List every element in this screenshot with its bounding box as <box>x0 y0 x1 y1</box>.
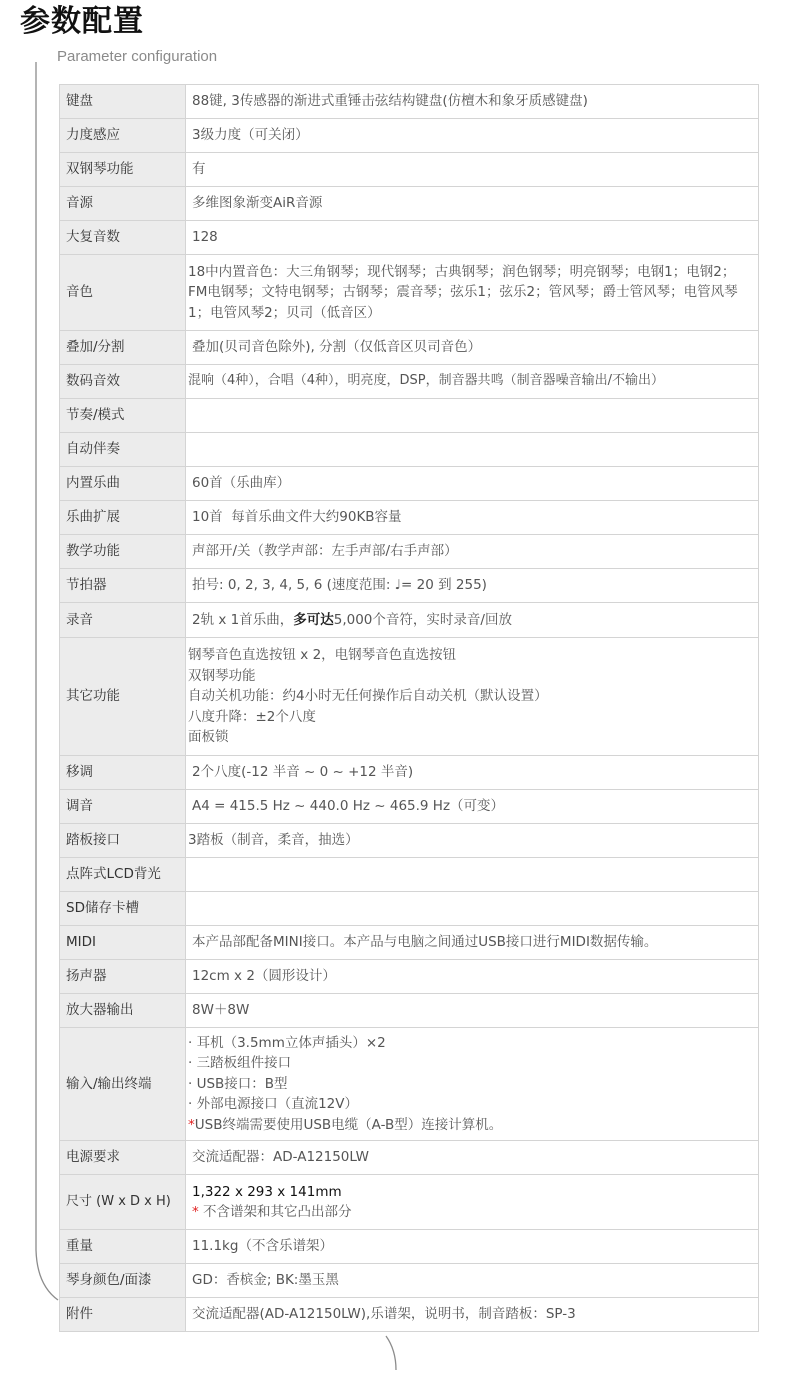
spec-row-speakers: 扬声器 12cm x 2（圆形设计） <box>60 960 759 994</box>
spec-value: 交流适配器：AD-A12150LW <box>186 1141 759 1175</box>
spec-label: 录音 <box>60 603 186 638</box>
spec-table: 键盘 88键, 3传感器的渐进式重锤击弦结构键盘(仿檀木和象牙质感键盘) 力度感… <box>59 84 759 1332</box>
spec-row-rhythm: 节奏/模式 <box>60 399 759 433</box>
spec-value: · 耳机（3.5mm立体声插头）×2 · 三踏板组件接口 · USB接口：B型 … <box>186 1028 759 1141</box>
spec-value <box>186 858 759 892</box>
spec-value: 128 <box>186 221 759 255</box>
spec-label: MIDI <box>60 926 186 960</box>
page-subtitle: Parameter configuration <box>57 47 217 67</box>
feature-line: 面板锁 <box>188 727 754 748</box>
spec-label: 大复音数 <box>60 221 186 255</box>
spec-label: 移调 <box>60 756 186 790</box>
spec-row-power: 电源要求 交流适配器：AD-A12150LW <box>60 1141 759 1175</box>
spec-label: 音色 <box>60 255 186 331</box>
spec-row-dual-piano: 双钢琴功能 有 <box>60 153 759 187</box>
spec-value: 交流适配器(AD-A12150LW),乐谱架，说明书，制音踏板：SP-3 <box>186 1298 759 1332</box>
io-line: · 耳机（3.5mm立体声插头）×2 <box>188 1033 754 1054</box>
spec-label: 扬声器 <box>60 960 186 994</box>
spec-value: 3踏板（制音，柔音，抽选） <box>186 824 759 858</box>
spec-row-transpose: 移调 2个八度(-12 半音 ~ 0 ~ +12 半音) <box>60 756 759 790</box>
spec-label: 踏板接口 <box>60 824 186 858</box>
spec-value: 10首 每首乐曲文件大约90KB容量 <box>186 501 759 535</box>
spec-value: 12cm x 2（圆形设计） <box>186 960 759 994</box>
spec-value: 钢琴音色直选按钮 x 2，电钢琴音色直选按钮 双钢琴功能 自动关机功能：约4小时… <box>186 638 759 756</box>
spec-row-midi: MIDI 本产品部配备MINI接口。本产品与电脑之间通过USB接口进行MIDI数… <box>60 926 759 960</box>
io-line: · USB接口：B型 <box>188 1074 754 1095</box>
recording-value-pre: 2轨 x 1首乐曲， <box>192 612 293 628</box>
spec-row-touch: 力度感应 3级力度（可关闭） <box>60 119 759 153</box>
spec-value: 88键, 3传感器的渐进式重锤击弦结构键盘(仿檀木和象牙质感键盘) <box>186 85 759 119</box>
spec-label: 数码音效 <box>60 365 186 399</box>
spec-row-other-features: 其它功能 钢琴音色直选按钮 x 2，电钢琴音色直选按钮 双钢琴功能 自动关机功能… <box>60 638 759 756</box>
spec-label: 节奏/模式 <box>60 399 186 433</box>
spec-value: GD：香槟金; BK:墨玉黑 <box>186 1264 759 1298</box>
spec-row-metronome: 节拍器 拍号: 0, 2, 3, 4, 5, 6 (速度范围: ♩= 20 到 … <box>60 569 759 603</box>
spec-label: 键盘 <box>60 85 186 119</box>
spec-label: 点阵式LCD背光 <box>60 858 186 892</box>
io-line: · 三踏板组件接口 <box>188 1053 754 1074</box>
feature-line: 钢琴音色直选按钮 x 2，电钢琴音色直选按钮 <box>188 645 754 666</box>
spec-row-pedal-jack: 踏板接口 3踏板（制音，柔音，抽选） <box>60 824 759 858</box>
spec-row-lcd: 点阵式LCD背光 <box>60 858 759 892</box>
feature-line: 双钢琴功能 <box>188 666 754 687</box>
spec-row-built-in-songs: 内置乐曲 60首（乐曲库） <box>60 467 759 501</box>
recording-value-bold: 多可达 <box>293 612 334 628</box>
spec-value: 18中内置音色：大三角钢琴；现代钢琴；古典钢琴；润色钢琴；明亮钢琴；电钢1；电钢… <box>186 255 759 331</box>
spec-label: 尺寸 (W x D x H) <box>60 1175 186 1230</box>
spec-value <box>186 892 759 926</box>
spec-row-dimensions: 尺寸 (W x D x H) 1,322 x 293 x 141mm * 不含谱… <box>60 1175 759 1230</box>
io-note: *USB终端需要使用USB电缆（A-B型）连接计算机。 <box>188 1115 754 1136</box>
spec-row-sd-slot: SD储存卡槽 <box>60 892 759 926</box>
spec-row-effects: 数码音效 混响（4种），合唱（4种），明亮度，DSP，制音器共鸣（制音器噪音输出… <box>60 365 759 399</box>
spec-row-keyboard: 键盘 88键, 3传感器的渐进式重锤击弦结构键盘(仿檀木和象牙质感键盘) <box>60 85 759 119</box>
spec-label: 叠加/分割 <box>60 331 186 365</box>
spec-value: 2轨 x 1首乐曲，多可达5,000个音符，实时录音/回放 <box>186 603 759 638</box>
spec-value: 叠加(贝司音色除外), 分割（仅低音区贝司音色） <box>186 331 759 365</box>
spec-value: 拍号: 0, 2, 3, 4, 5, 6 (速度范围: ♩= 20 到 255) <box>186 569 759 603</box>
spec-value: 8W＋8W <box>186 994 759 1028</box>
spec-row-amplifier: 放大器输出 8W＋8W <box>60 994 759 1028</box>
spec-row-recording: 录音 2轨 x 1首乐曲，多可达5,000个音符，实时录音/回放 <box>60 603 759 638</box>
spec-label: 乐曲扩展 <box>60 501 186 535</box>
io-note-text: USB终端需要使用USB电缆（A-B型）连接计算机。 <box>195 1117 503 1133</box>
spec-label: 内置乐曲 <box>60 467 186 501</box>
spec-label: SD储存卡槽 <box>60 892 186 926</box>
spec-label: 教学功能 <box>60 535 186 569</box>
spec-value: A4 = 415.5 Hz ~ 440.0 Hz ~ 465.9 Hz（可变） <box>186 790 759 824</box>
spec-row-auto-accompaniment: 自动伴奏 <box>60 433 759 467</box>
spec-value: 本产品部配备MINI接口。本产品与电脑之间通过USB接口进行MIDI数据传输。 <box>186 926 759 960</box>
spec-row-song-expansion: 乐曲扩展 10首 每首乐曲文件大约90KB容量 <box>60 501 759 535</box>
spec-label: 力度感应 <box>60 119 186 153</box>
spec-value <box>186 399 759 433</box>
note-asterisk: * <box>188 1117 195 1133</box>
note-asterisk: * <box>192 1204 199 1220</box>
spec-row-weight: 重量 11.1kg（不含乐谱架） <box>60 1230 759 1264</box>
dimensions-note-text: 不含谱架和其它凸出部分 <box>199 1204 352 1220</box>
spec-row-polyphony: 大复音数 128 <box>60 221 759 255</box>
feature-line: 八度升降：±2个八度 <box>188 707 754 728</box>
spec-label: 琴身颜色/面漆 <box>60 1264 186 1298</box>
spec-value: 混响（4种），合唱（4种），明亮度，DSP，制音器共鸣（制音器噪音输出/不输出） <box>186 365 759 399</box>
spec-value: 有 <box>186 153 759 187</box>
spec-label: 电源要求 <box>60 1141 186 1175</box>
spec-value: 60首（乐曲库） <box>186 467 759 501</box>
spec-value: 2个八度(-12 半音 ~ 0 ~ +12 半音) <box>186 756 759 790</box>
recording-value-post: 5,000个音符，实时录音/回放 <box>334 612 512 628</box>
spec-label: 其它功能 <box>60 638 186 756</box>
spec-label: 放大器输出 <box>60 994 186 1028</box>
dimensions-value: 1,322 x 293 x 141mm <box>192 1182 754 1203</box>
spec-value: 多维图象渐变AiR音源 <box>186 187 759 221</box>
spec-label: 输入/输出终端 <box>60 1028 186 1141</box>
spec-label: 附件 <box>60 1298 186 1332</box>
spec-value: 声部开/关（教学声部：左手声部/右手声部） <box>186 535 759 569</box>
spec-label: 双钢琴功能 <box>60 153 186 187</box>
spec-row-accessories: 附件 交流适配器(AD-A12150LW),乐谱架，说明书，制音踏板：SP-3 <box>60 1298 759 1332</box>
spec-row-finish: 琴身颜色/面漆 GD：香槟金; BK:墨玉黑 <box>60 1264 759 1298</box>
spec-label: 调音 <box>60 790 186 824</box>
spec-value: 11.1kg（不含乐谱架） <box>186 1230 759 1264</box>
page-title: 参数配置 <box>20 2 144 42</box>
spec-row-tuning: 调音 A4 = 415.5 Hz ~ 440.0 Hz ~ 465.9 Hz（可… <box>60 790 759 824</box>
spec-row-io-terminals: 输入/输出终端 · 耳机（3.5mm立体声插头）×2 · 三踏板组件接口 · U… <box>60 1028 759 1141</box>
spec-row-tones: 音色 18中内置音色：大三角钢琴；现代钢琴；古典钢琴；润色钢琴；明亮钢琴；电钢1… <box>60 255 759 331</box>
spec-row-layer-split: 叠加/分割 叠加(贝司音色除外), 分割（仅低音区贝司音色） <box>60 331 759 365</box>
spec-label: 音源 <box>60 187 186 221</box>
io-line: · 外部电源接口（直流12V） <box>188 1094 754 1115</box>
feature-line: 自动关机功能：约4小时无任何操作后自动关机（默认设置） <box>188 686 754 707</box>
spec-label: 重量 <box>60 1230 186 1264</box>
dimensions-note: * 不含谱架和其它凸出部分 <box>192 1202 754 1223</box>
spec-label: 自动伴奏 <box>60 433 186 467</box>
spec-label: 节拍器 <box>60 569 186 603</box>
spec-row-sound-source: 音源 多维图象渐变AiR音源 <box>60 187 759 221</box>
spec-row-lesson: 教学功能 声部开/关（教学声部：左手声部/右手声部） <box>60 535 759 569</box>
spec-value <box>186 433 759 467</box>
spec-value: 3级力度（可关闭） <box>186 119 759 153</box>
spec-value: 1,322 x 293 x 141mm * 不含谱架和其它凸出部分 <box>186 1175 759 1230</box>
